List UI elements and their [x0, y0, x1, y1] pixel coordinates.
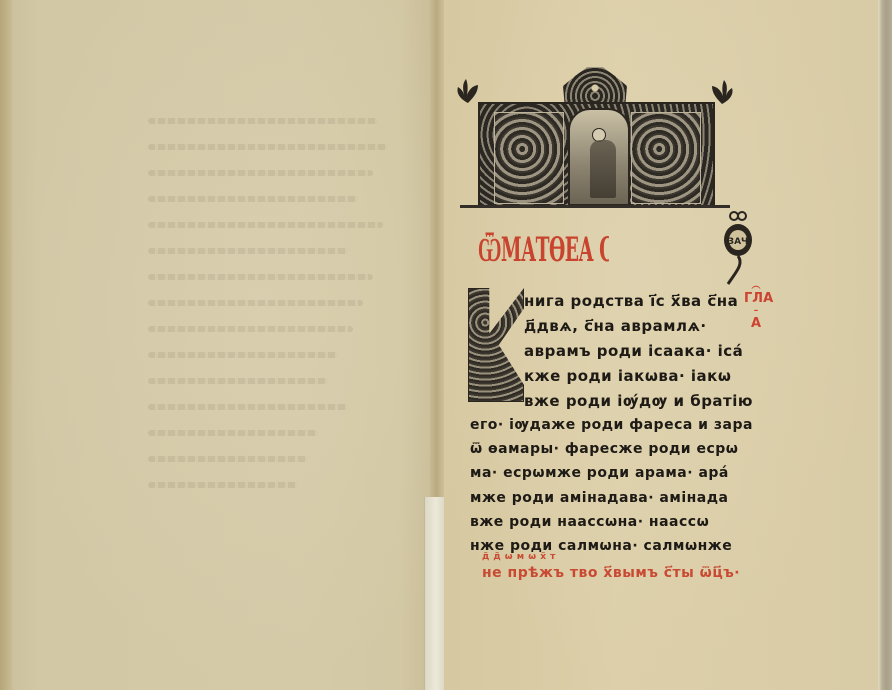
text-line: ма· есрѡмже роди арама· ара́ — [470, 462, 729, 484]
text-line: аврамъ роди ісаака· іса́ — [524, 340, 743, 362]
text-line: мже роди амінадава· амінада — [470, 487, 729, 509]
text-line: его· іѹдаже роди фареса и зара — [470, 414, 753, 436]
gospel-title: ѾМАТѲЕА СТАГѠ БЛГОВѢСТВОВАНІЕ — [478, 224, 609, 276]
headpiece-frame — [478, 102, 715, 208]
evangelist-figure — [590, 140, 616, 198]
text-line: вже роди іѹ́дѹ и братію — [524, 390, 753, 412]
page-edges — [878, 0, 892, 690]
book-spread: ѾМАТѲЕА СТАГѠ БЛГОВѢСТВОВАНІЕ ЗАЧ нига р… — [0, 0, 892, 690]
zachalo-emblem-icon: ЗАЧ — [722, 210, 754, 286]
margin-note-numeral: А — [744, 315, 768, 332]
text-line: вже роди наассѡна· наассѡ — [470, 511, 709, 533]
text-line: ѿ ѳамары· фаресже роди есрѡ — [470, 438, 738, 460]
fleuron-left-icon — [454, 77, 482, 105]
foliage-panel-left — [494, 112, 564, 204]
headpiece-crest — [555, 64, 635, 104]
footer-red-line: не прѣжъ тво х҃вымъ с҃ты ѿц҃ъ· — [482, 562, 740, 584]
foliage-panel-right — [631, 112, 701, 204]
headpiece-base-rule — [460, 205, 730, 208]
show-through-text — [148, 118, 398, 508]
woodcut-headpiece — [452, 62, 742, 212]
chapter-margin-note: ︵ ГЛА – А — [744, 282, 768, 332]
svg-text:ЗАЧ: ЗАЧ — [728, 237, 749, 247]
text-line: кже роди іакѡва· іакѡ — [524, 365, 731, 387]
left-page — [0, 0, 437, 690]
text-line: нига родства і҃с х҃ва с҃на — [524, 290, 734, 312]
margin-note-gla: ГЛА — [744, 290, 768, 307]
text-line: д҃двѧ, с҃на аврамлѧ· — [524, 315, 707, 337]
